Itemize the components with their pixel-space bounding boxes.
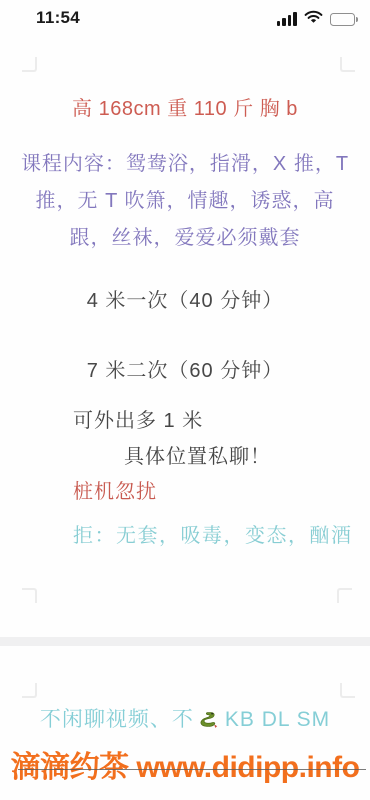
status-bar-icons	[277, 10, 358, 28]
frame-corner-mid-right	[337, 588, 352, 603]
section-divider	[0, 637, 370, 646]
snake-icon	[196, 709, 218, 735]
course-description: 课程内容：鸳鸯浴，指滑，X 推，T 推，无 T 吹箫，情趣，诱惑，高跟，丝袜，爱…	[15, 146, 355, 257]
frame-corner-top-right	[340, 57, 355, 72]
outcall-line: 可外出多 1 米	[73, 404, 203, 433]
cellular-signal-icon	[277, 12, 297, 26]
footer-note: 不闲聊视频、不 KB DL SM	[0, 703, 370, 735]
contact-line: 具体位置私聊！	[124, 440, 271, 469]
warning-line: 桩机忽扰	[73, 475, 157, 504]
stats-title: 高 168cm 重 110 斤 胸 b	[0, 92, 370, 121]
footer-note-suffix: KB DL SM	[225, 708, 330, 731]
battery-icon	[330, 13, 358, 26]
price-line-2: 7 米二次（60 分钟）	[0, 354, 370, 383]
frame-corner-bottom-right	[340, 683, 355, 698]
footer-note-prefix: 不闲聊视频、不	[40, 708, 194, 731]
frame-corner-top-left	[22, 57, 37, 72]
refuse-line: 拒：无套，吸毒，变态，酗酒	[73, 519, 353, 548]
wifi-icon	[304, 10, 323, 29]
price-line-1: 4 米一次（40 分钟）	[0, 284, 370, 313]
frame-corner-bottom-left	[22, 683, 37, 698]
status-bar-time: 11:54	[36, 8, 80, 28]
frame-corner-mid-left	[22, 588, 37, 603]
watermark-strike-line	[18, 769, 366, 770]
watermark-text: 滴滴约茶 www.didipp.info	[4, 742, 366, 786]
